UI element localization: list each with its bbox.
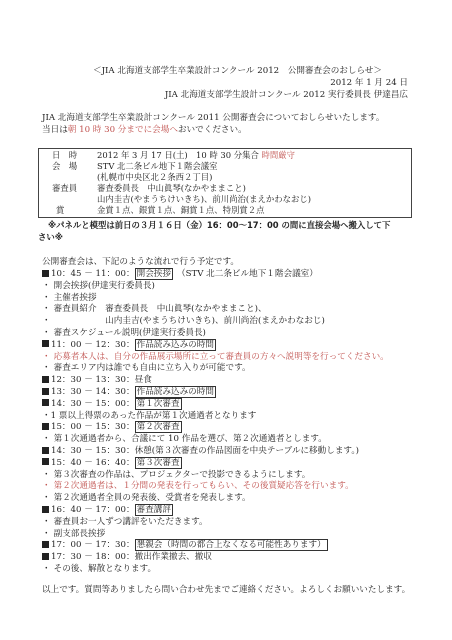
bullet-text: 第１次通過者から、合議にて 10 作品を選び、第２次通過者とします。: [54, 434, 327, 444]
info-value: 金賞１点、銀賞１点、銅賞１点、特別賞２点: [97, 205, 265, 216]
bullet-dot-icon: ・: [42, 304, 51, 314]
session-title: 開会挨拶: [135, 268, 173, 280]
bullet-text: 審査員紹介 審査委員長 中山眞琴(なかやままこと)、: [54, 304, 267, 314]
black-square-bullet-icon: [42, 399, 49, 406]
schedule-time-slot: 15：00 － 15：30：第２次審査: [42, 422, 182, 433]
schedule-bullet-item: ・ 山内圭吉(やまうちけいきち)、前川尚治(まえかわなおじ): [42, 316, 325, 327]
bullet-dot-icon: ・: [42, 352, 51, 362]
schedule-bullet-item: ・審査員お一人ずつ講評をいただきます。: [42, 517, 208, 528]
intro-arrival-time: 朝 10 時 30 分までに会場へ: [68, 125, 178, 135]
session-title: 第３次審査: [135, 457, 182, 469]
bullet-text: 応募者本人は、自分の作品展示場所に立って審査員の方々へ説明等を行ってください。: [54, 352, 389, 362]
bullet-dot-icon: ・: [42, 493, 51, 503]
black-square-bullet-icon: [42, 423, 49, 430]
session-title: 第１次審査: [135, 398, 182, 410]
black-square-bullet-icon: [42, 376, 49, 383]
schedule-time-slot: 15：40 － 16：40：第３次審査: [42, 458, 182, 469]
bullet-dot-icon: ・: [42, 564, 51, 574]
intro-prefix: 当日は: [42, 125, 68, 135]
bullet-text: 開会挨拶(伊達実行委員長): [54, 281, 155, 291]
schedule-time-slot: 17：30 － 18：00：撤出作業撤去、撤収: [42, 552, 212, 563]
bullet-dot-icon: ・: [42, 470, 51, 480]
delivery-notice-line-2: さい※: [38, 232, 63, 243]
schedule-bullet-item: ・主催者挨拶: [42, 293, 97, 304]
schedule-bullet-item: ・第２次通過者は、１分間の発表を行ってもらい、その後質疑応答を行います。: [42, 481, 354, 492]
time-range: 11：00 － 12：30：: [51, 340, 135, 350]
time-range: 15：40 － 16：40：: [51, 458, 135, 468]
bullet-text: 審査スケジュール説明(伊達実行委員長): [54, 328, 206, 338]
bullet-text: 審査エリア内は誰でも自由に立ち入りが可能です。: [54, 363, 251, 373]
intro-line-1: JIA 北海道支部学生卒業設計コンクール 2011 公開審査会についておしらせい…: [42, 113, 384, 124]
bullet-dot-icon: ・: [42, 517, 51, 527]
bullet-dot-icon: ・: [42, 529, 51, 539]
time-range: 13：30 － 14：30：: [51, 387, 135, 397]
info-value: 山内圭吉(やまうちけいきち)、前川尚治(まえかわなおじ): [97, 194, 311, 205]
schedule-time-slot: 11：00 － 12：30：作品読み込みの時間: [42, 340, 216, 351]
bullet-text: 審査員お一人ずつ講評をいただきます。: [54, 517, 208, 527]
session-location: （STV 北二条ビル地下１階会議室）: [177, 269, 318, 279]
intro-line-2: 当日は朝 10 時 30 分までに会場へおいでください。: [42, 125, 247, 136]
session-title: 審査講評: [135, 504, 173, 516]
black-square-bullet-icon: [42, 388, 49, 395]
black-square-bullet-icon: [42, 340, 49, 347]
info-datetime-value: 2012 年 3 月 17 日(土) 10 時 30 分集合: [97, 150, 261, 160]
time-range: 12：30 － 13：30：: [51, 375, 135, 385]
schedule-bullet-item: ・開会挨拶(伊達実行委員長): [42, 281, 155, 292]
time-range: 17：00 － 17：30：: [51, 540, 135, 550]
schedule-bullet-item: ・応募者本人は、自分の作品展示場所に立って審査員の方々へ説明等を行ってください。: [42, 352, 389, 363]
schedule-bullet-item: ・1 票以上得票のあった作品が第１次通過者となります: [42, 411, 256, 422]
schedule-time-slot: 16：40 － 17：00：審査講評: [42, 505, 173, 516]
black-square-bullet-icon: [42, 458, 49, 465]
info-value: (札幌市中央区北２条西２丁目): [97, 172, 212, 183]
document-date: 2012 年 1 月 24 日: [330, 78, 408, 89]
info-label: 会 場: [52, 161, 88, 172]
session-title: 懇親会（時間の都合上なくなる可能性あります）: [135, 539, 328, 551]
punctuality-note: 時間厳守: [261, 150, 295, 160]
bullet-text: その後、解散となります。: [54, 564, 156, 574]
closing-text: 以上です。質問等ありましたら問い合わせ先までご連絡ください。よろしくお願いいたし…: [42, 585, 410, 596]
info-value: STV 北二条ビル地下１階会議室: [97, 161, 218, 172]
info-label: 賞: [56, 205, 92, 216]
schedule-bullet-item: ・審査員紹介 審査委員長 中山眞琴(なかやままこと)、: [42, 304, 267, 315]
schedule-bullet-item: ・その後、解散となります。: [42, 564, 156, 575]
black-square-bullet-icon: [42, 506, 49, 513]
intro-suffix: おいでください。: [178, 125, 247, 135]
schedule-bullet-item: ・副支部長挨拶: [42, 529, 105, 540]
schedule-bullet-item: ・第１次通過者から、合議にて 10 作品を選び、第２次通過者とします。: [42, 434, 327, 445]
bullet-text: 1 票以上得票のあった作品が第１次通過者となります: [51, 411, 257, 421]
bullet-dot-icon: ・: [42, 281, 51, 291]
bullet-dot-icon: ・: [42, 411, 51, 421]
black-square-bullet-icon: [42, 541, 49, 548]
schedule-time-slot: 17：00 － 17：30：懇親会（時間の都合上なくなる可能性あります）: [42, 540, 328, 551]
bullet-text: 副支部長挨拶: [54, 529, 106, 539]
schedule-intro: 公開審査会は、下記のような流れで行う予定です。: [42, 257, 239, 268]
black-square-bullet-icon: [42, 270, 49, 277]
bullet-text: 第２次通過者全員の発表後、受賞者を発表します。: [54, 493, 251, 503]
info-value: 2012 年 3 月 17 日(土) 10 時 30 分集合 時間厳守: [97, 150, 295, 161]
time-range: 10：45 － 11：00：: [51, 269, 135, 279]
bullet-dot-icon: ・: [42, 293, 51, 303]
schedule-bullet-item: ・審査スケジュール説明(伊達実行委員長): [42, 328, 206, 339]
schedule-time-slot: 10：45 － 11：00：開会挨拶（STV 北二条ビル地下１階会議室）: [42, 269, 318, 280]
session-description: 休憩(第３次審査の作品図面を中央テーブルに移動します。): [135, 446, 359, 456]
bullet-text: 山内圭吉(やまうちけいきち)、前川尚治(まえかわなおじ): [54, 316, 325, 326]
time-range: 16：40 － 17：00：: [51, 505, 135, 515]
session-title: 第２次審査: [135, 421, 182, 433]
session-description: 撤出作業撤去、撤収: [135, 552, 212, 562]
schedule-bullet-item: ・第２次通過者全員の発表後、受賞者を発表します。: [42, 493, 251, 504]
document-author: JIA 北海道支部学生設計コンクール 2012 実行委員長 伊達昌広: [165, 90, 408, 101]
session-description: 昼食: [135, 375, 152, 385]
schedule-time-slot: 13：30 － 14：30：作品読み込みの時間: [42, 387, 216, 398]
black-square-bullet-icon: [42, 447, 49, 454]
time-range: 14：30 － 15：00：: [51, 399, 135, 409]
bullet-dot-icon: ・: [42, 328, 51, 338]
info-label: 日 時: [52, 150, 88, 161]
schedule-bullet-item: ・第３次審査の作品は、プロジェクターで投影できるようにします。: [42, 470, 310, 481]
schedule-time-slot: 14：30 － 15：30：休憩(第３次審査の作品図面を中央テーブルに移動します…: [42, 446, 359, 457]
event-info-box: 日 時 2012 年 3 月 17 日(土) 10 時 30 分集合 時間厳守 …: [38, 148, 412, 218]
bullet-text: 主催者挨拶: [54, 293, 97, 303]
session-title: 作品読み込みの時間: [135, 386, 216, 398]
document-title: ＜JIA 北海道支部学生卒業設計コンクール 2012 公開審査会のおしらせ＞: [93, 66, 382, 77]
time-range: 17：30 － 18：00：: [51, 552, 135, 562]
time-range: 15：00 － 15：30：: [51, 422, 135, 432]
delivery-notice-line-1: ※パネルと模型は前日の３月１６日（金）16：00～17：00 の間に直接会場へ搬…: [48, 220, 390, 231]
bullet-text: 第２次通過者は、１分間の発表を行ってもらい、その後質疑応答を行います。: [54, 481, 354, 491]
time-range: 14：30 － 15：30：: [51, 446, 135, 456]
bullet-dot-icon: ・: [42, 481, 51, 491]
bullet-dot-icon: ・: [42, 363, 51, 373]
info-value: 審査委員長 中山眞琴(なかやままこと): [97, 183, 246, 194]
bullet-dot-icon: ・: [42, 434, 51, 444]
bullet-text: 第３次審査の作品は、プロジェクターで投影できるようにします。: [54, 470, 311, 480]
bullet-dot-icon: ・: [42, 316, 51, 326]
black-square-bullet-icon: [42, 553, 49, 560]
schedule-bullet-item: ・審査エリア内は誰でも自由に立ち入りが可能です。: [42, 363, 251, 374]
session-title: 作品読み込みの時間: [135, 339, 216, 351]
schedule-time-slot: 12：30 － 13：30：昼食: [42, 375, 152, 386]
schedule-time-slot: 14：30 － 15：00：第１次審査: [42, 399, 182, 410]
info-label: 審査員: [52, 183, 88, 194]
